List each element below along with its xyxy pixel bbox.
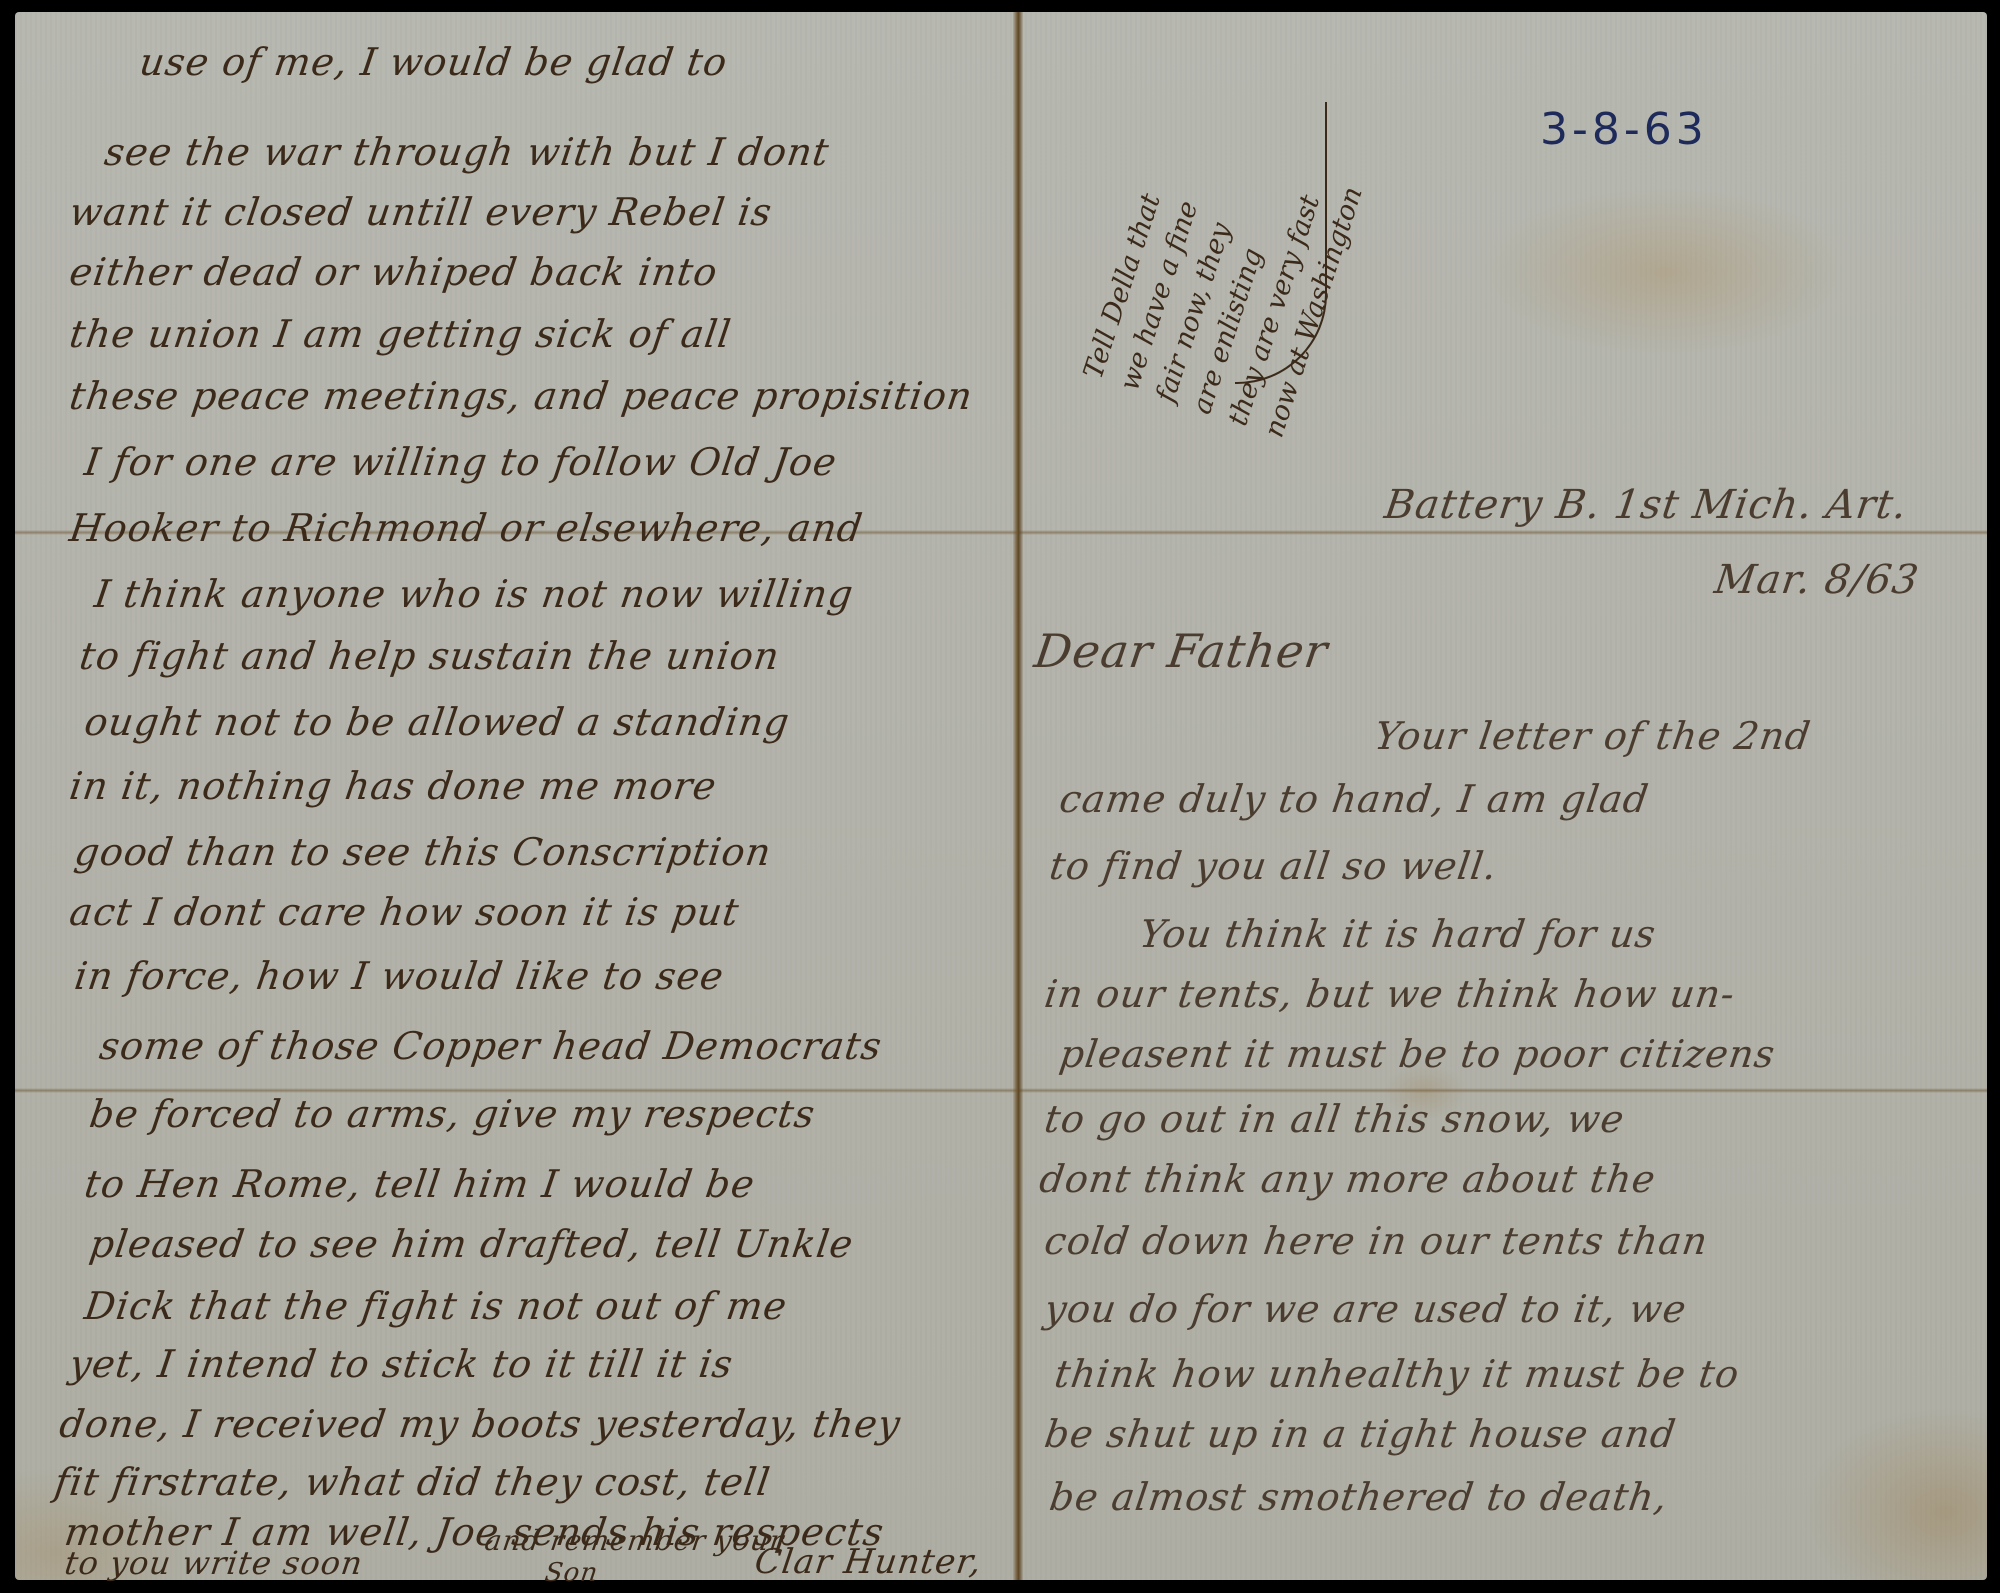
left-line: yet, I intend to stick to it till it is [67, 1342, 736, 1386]
left-line: done, I received my boots yesterday, the… [57, 1402, 904, 1446]
left-line: Hooker to Richmond or elsewhere, and [67, 506, 866, 550]
left-line: pleased to see him drafted, tell Unkle [87, 1222, 856, 1266]
left-line: to you write soon [62, 1544, 365, 1582]
left-line: I for one are willing to follow Old Joe [82, 440, 840, 484]
left-line: to Hen Rome, tell him I would be [82, 1162, 758, 1206]
left-line: good than to see this Conscription [72, 830, 775, 874]
salutation: Dear Father [1031, 624, 1331, 678]
letter-sheet: use of me, I would be glad to see the wa… [15, 12, 1987, 1580]
right-line: Your letter of the 2nd [1372, 714, 1814, 758]
left-line: ought not to be allowed a standing [82, 700, 793, 744]
signature: Clar Hunter, [752, 1542, 984, 1582]
heading-date: Mar. 8/63 [1712, 557, 1922, 603]
right-line: in our tents, but we think how un- [1042, 972, 1738, 1016]
left-line: to fight and help sustain the union [77, 634, 783, 678]
closing-word: Son [543, 1558, 600, 1588]
right-line: You think it is hard for us [1137, 912, 1659, 956]
archive-date-stamp: 3-8-63 [1540, 104, 1708, 155]
left-line: see the war through with but I dont [102, 130, 832, 174]
right-line: you do for we are used to it, we [1042, 1287, 1690, 1331]
heading-location: Battery B. 1st Mich. Art. [1382, 482, 1911, 528]
margin-note: Tell Della that we have a fine fair now,… [1035, 42, 1395, 382]
right-line: think how unhealthy it must be to [1052, 1352, 1743, 1396]
right-line: cold down here in our tents than [1042, 1219, 1711, 1263]
left-line: these peace meetings, and peace propisit… [67, 374, 976, 418]
left-line: fit firstrate, what did they cost, tell [52, 1460, 773, 1504]
right-line: to find you all so well. [1047, 844, 1500, 888]
closing-insert: and remember your [483, 1524, 787, 1557]
left-line: some of those Copper head Democrats [97, 1024, 885, 1068]
left-line: I think anyone who is not now willing [92, 572, 857, 616]
left-line: use of me, I would be glad to [137, 40, 731, 84]
left-line: act I dont care how soon it is put [67, 890, 742, 934]
right-line: be almost smothered to death, [1047, 1475, 1671, 1519]
right-line: came duly to hand, I am glad [1057, 777, 1652, 821]
left-line: in it, nothing has done me more [67, 764, 720, 808]
right-line: dont think any more about the [1037, 1157, 1659, 1201]
left-line: either dead or whiped back into [67, 250, 721, 294]
right-line: pleasent it must be to poor citizens [1057, 1032, 1778, 1076]
left-line: want it closed untill every Rebel is [67, 190, 775, 234]
left-line: the union I am getting sick of all [67, 312, 734, 356]
left-line: be forced to arms, give my respects [87, 1092, 818, 1136]
left-line: Dick that the fight is not out of me [82, 1284, 790, 1328]
left-page: use of me, I would be glad to see the wa… [15, 12, 1015, 1580]
right-line: be shut up in a tight house and [1042, 1412, 1679, 1456]
left-line: in force, how I would like to see [72, 954, 727, 998]
margin-note-bracket [1235, 102, 1327, 384]
right-line: to go out in all this snow, we [1042, 1097, 1628, 1141]
